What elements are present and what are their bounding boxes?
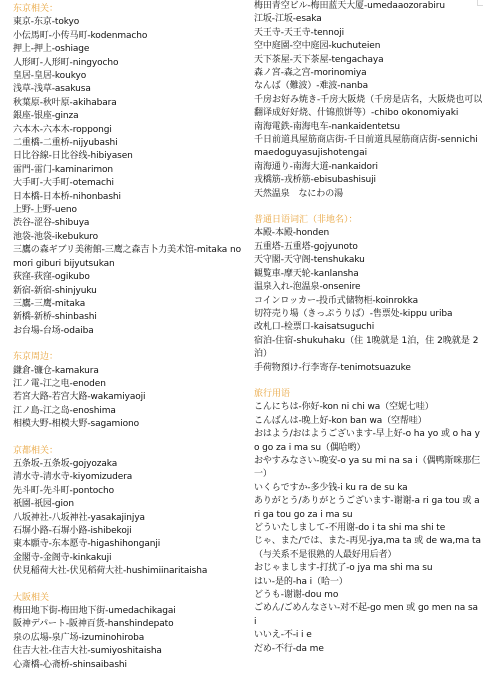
list-item: 天下茶屋-天下茶屋-tengachaya: [254, 54, 483, 67]
list-item: 相模大野-相模大野-sagamiono: [13, 418, 245, 431]
section-kyoto: 京都相关： 五条坂-五条坂-gojyozaka 清水寺-清水寺-kiyomizu…: [13, 445, 245, 579]
list-item: 荻窪-荻窪-ogikubo: [13, 271, 245, 284]
list-item: 泉の広場-泉广场-izuminohiroba: [13, 632, 245, 645]
list-item: 手荷物預け-行李寄存-tenimotsuazuke: [254, 362, 483, 375]
section-title-kyoto: 京都相关：: [13, 445, 245, 458]
list-item: コインロッカー-投币式储物柜-koinrokka: [254, 295, 483, 308]
list-item: 温泉入れ-泡温泉-onsenire: [254, 281, 483, 294]
list-item: おやすみなさい-晚安-o ya su mi na sa i（偶鸭斯咪那仨一）: [254, 455, 483, 482]
list-item: 森ノ宮-森之宫-morinomiya: [254, 67, 483, 80]
list-item: 二重橋-二重桥-nijyubashi: [13, 137, 245, 150]
list-item: だめ-不行-da me: [254, 643, 483, 656]
list-item: 上野-上野-ueno: [13, 204, 245, 217]
list-item: こんばんは-晚上好-kon ban wa（空帮哇）: [254, 415, 483, 428]
list-item: いいえ-不-i i e: [254, 629, 483, 642]
left-column: 东京相关： 東京-东京-tokyo 小伝馬町-小传马町-kodenmacho 押…: [0, 0, 245, 680]
list-item: お台場-台场-odaiba: [13, 325, 245, 338]
section-osaka: 大阪相关 梅田地下街-梅田地下街-umedachikagai 阪神デパート-阪神…: [13, 592, 245, 672]
list-item: 新橋-新桥-shinbashi: [13, 311, 245, 324]
list-item: 東京-东京-tokyo: [13, 16, 245, 29]
list-item: 銀座-银座-ginza: [13, 110, 245, 123]
list-item: 住吉大社-住吉大社-sumiyoshitaisha: [13, 645, 245, 658]
list-item: 空中庭園-空中庭园-kuchuteien: [254, 40, 483, 53]
list-item: 金閣寺-金阁寺-kinkakuji: [13, 552, 245, 565]
list-item: 伏見稲荷大社-伏见稻荷大社-hushimiinaritaisha: [13, 565, 245, 578]
section-osaka-continued: 梅田青空ビル-梅田蓝天大厦-umedaaozorabiru 江坂-江坂-esak…: [254, 0, 483, 201]
list-item: 雷門-雷门-kaminarimon: [13, 164, 245, 177]
list-item: 若宮大路-若宫大路-wakamiyaoji: [13, 391, 245, 404]
list-item: 人形町-人形町-ningyocho: [13, 57, 245, 70]
list-item: 鎌倉-镰仓-kamakura: [13, 365, 245, 378]
list-item: 八坂神社-八坂神社-yasakajinjya: [13, 512, 245, 525]
list-item: どういたしまして-不用谢-do i ta shi ma shi te: [254, 522, 483, 535]
section-title-osaka: 大阪相关: [13, 592, 245, 605]
list-item: 梅田地下街-梅田地下街-umedachikagai: [13, 605, 245, 618]
list-item: おじゃまします-打扰了-o jya ma shi ma su: [254, 562, 483, 575]
list-item: 南海電鉄-南海电车-nankaidentetsu: [254, 121, 483, 134]
list-item: 戎橋筋-戎桥筋-ebisubashisuji: [254, 174, 483, 187]
list-item: 三鷹の森ギブリ美術館-三鹰之森吉卜力美术馆-mitaka no mori gib…: [13, 244, 245, 271]
vocabulary-document: 东京相关： 東京-东京-tokyo 小伝馬町-小传马町-kodenmacho 押…: [0, 0, 483, 680]
list-item: 観覧車-摩天轮-kanlansha: [254, 268, 483, 281]
list-item: 五重塔-五重塔-gojyunoto: [254, 241, 483, 254]
section-tokyo: 东京相关： 東京-东京-tokyo 小伝馬町-小传马町-kodenmacho 押…: [13, 3, 245, 338]
list-item: 池袋-池袋-ikebukuro: [13, 231, 245, 244]
list-item: 天守閣-天守阁-tenshukaku: [254, 254, 483, 267]
list-item: 切符売り場（きっぷうりば）-售票处-kippu uriba: [254, 308, 483, 321]
list-item: 江坂-江坂-esaka: [254, 13, 483, 26]
list-item: 新宿-新宿-shinjyuku: [13, 285, 245, 298]
list-item: 六本木-六本木-roppongi: [13, 124, 245, 137]
list-item: 千房お好み焼き-千房大阪烧（千房是店名，大阪烧也可以翻译成好好烧、什锦煎饼等）-…: [254, 94, 483, 121]
list-item: 祇園-祇园-gion: [13, 498, 245, 511]
list-item: 天然温泉 なにわの湯: [254, 188, 483, 201]
list-item: じゃ、また/では、また-再见-jya,ma ta 或 de wa,ma ta（与…: [254, 535, 483, 562]
section-title-travel-phrases: 旅行用语: [254, 388, 483, 401]
list-item: 日比谷線-日比谷线-hibiyasen: [13, 150, 245, 163]
list-item: 南海通り-南海大道-nankaidori: [254, 161, 483, 174]
list-item: 浅草-浅草-asakusa: [13, 83, 245, 96]
list-item: 大手町-大手町-otemachi: [13, 177, 245, 190]
corner-mark: [477, 0, 483, 6]
section-tokyo-surroundings: 东京周边： 鎌倉-镰仓-kamakura 江ノ電-江之电-enoden 若宮大路…: [13, 351, 245, 431]
section-travel-phrases: 旅行用语 こんにちは-你好-kon ni chi wa（空妮七哇） こんばんは-…: [254, 388, 483, 656]
section-title-tokyo: 东京相关：: [13, 3, 245, 16]
list-item: 江ノ島-江之岛-enoshima: [13, 405, 245, 418]
list-item: 先斗町-先斗町-pontocho: [13, 485, 245, 498]
list-item: 梅田青空ビル-梅田蓝天大厦-umedaaozorabiru: [254, 0, 483, 13]
list-item: どうも-谢谢-dou mo: [254, 589, 483, 602]
right-column: 梅田青空ビル-梅田蓝天大厦-umedaaozorabiru 江坂-江坂-esak…: [245, 0, 483, 680]
list-item: 江ノ電-江之电-enoden: [13, 378, 245, 391]
list-item: 東本願寺-东本愿寺-higashihonganji: [13, 538, 245, 551]
section-common-vocabulary: 普通日语词汇（非地名）： 本殿-本殿-honden 五重塔-五重塔-gojyun…: [254, 214, 483, 375]
list-item: 日本橋-日本桥-nihonbashi: [13, 191, 245, 204]
section-title-tokyo-surroundings: 东京周边：: [13, 351, 245, 364]
list-item: 本殿-本殿-honden: [254, 227, 483, 240]
list-item: 秋葉原-秋叶原-akihabara: [13, 97, 245, 110]
section-title-common-vocabulary: 普通日语词汇（非地名）：: [254, 214, 483, 227]
list-item: 三鷹-三鹰-mitaka: [13, 298, 245, 311]
list-item: ありがとう/ありがとうございます-谢谢-a ri ga tou 或 a ri g…: [254, 495, 483, 522]
list-item: 押上-押上-oshiage: [13, 43, 245, 56]
list-item: 阪神デパート-阪神百货-hanshindepato: [13, 618, 245, 631]
list-item: 清水寺-清水寺-kiyomizudera: [13, 471, 245, 484]
list-item: はい-是的-ha i（哈一）: [254, 576, 483, 589]
list-item: 渋谷-涩谷-shibuya: [13, 217, 245, 230]
list-item: 千日前道具屋筋商店街-千日前道具屋筋商店街-sennichimaedoguyas…: [254, 134, 483, 161]
list-item: 宿泊-住宿-shukuhaku（住 1晚就是 1泊，住 2晚就是 2泊）: [254, 335, 483, 362]
list-item: こんにちは-你好-kon ni chi wa（空妮七哇）: [254, 401, 483, 414]
list-item: 心斎橋-心斋桥-shinsaibashi: [13, 659, 245, 672]
list-item: いくらですか-多少钱-i ku ra de su ka: [254, 482, 483, 495]
list-item: ごめん/ごめんなさい-对不起-go men 或 go men na sa i: [254, 602, 483, 629]
list-item: 皇居-皇居-koukyo: [13, 70, 245, 83]
list-item: 改札口-检票口-kaisatsuguchi: [254, 321, 483, 334]
list-item: 石塀小路-石塀小路-ishibekoji: [13, 525, 245, 538]
list-item: 五条坂-五条坂-gojyozaka: [13, 458, 245, 471]
list-item: なんば（難波）-难波-nanba: [254, 80, 483, 93]
list-item: 天王寺-天王寺-tennoji: [254, 27, 483, 40]
list-item: 小伝馬町-小传马町-kodenmacho: [13, 30, 245, 43]
list-item: おはよう/おはようございます-早上好-o ha yo 或 o ha yo go …: [254, 428, 483, 455]
